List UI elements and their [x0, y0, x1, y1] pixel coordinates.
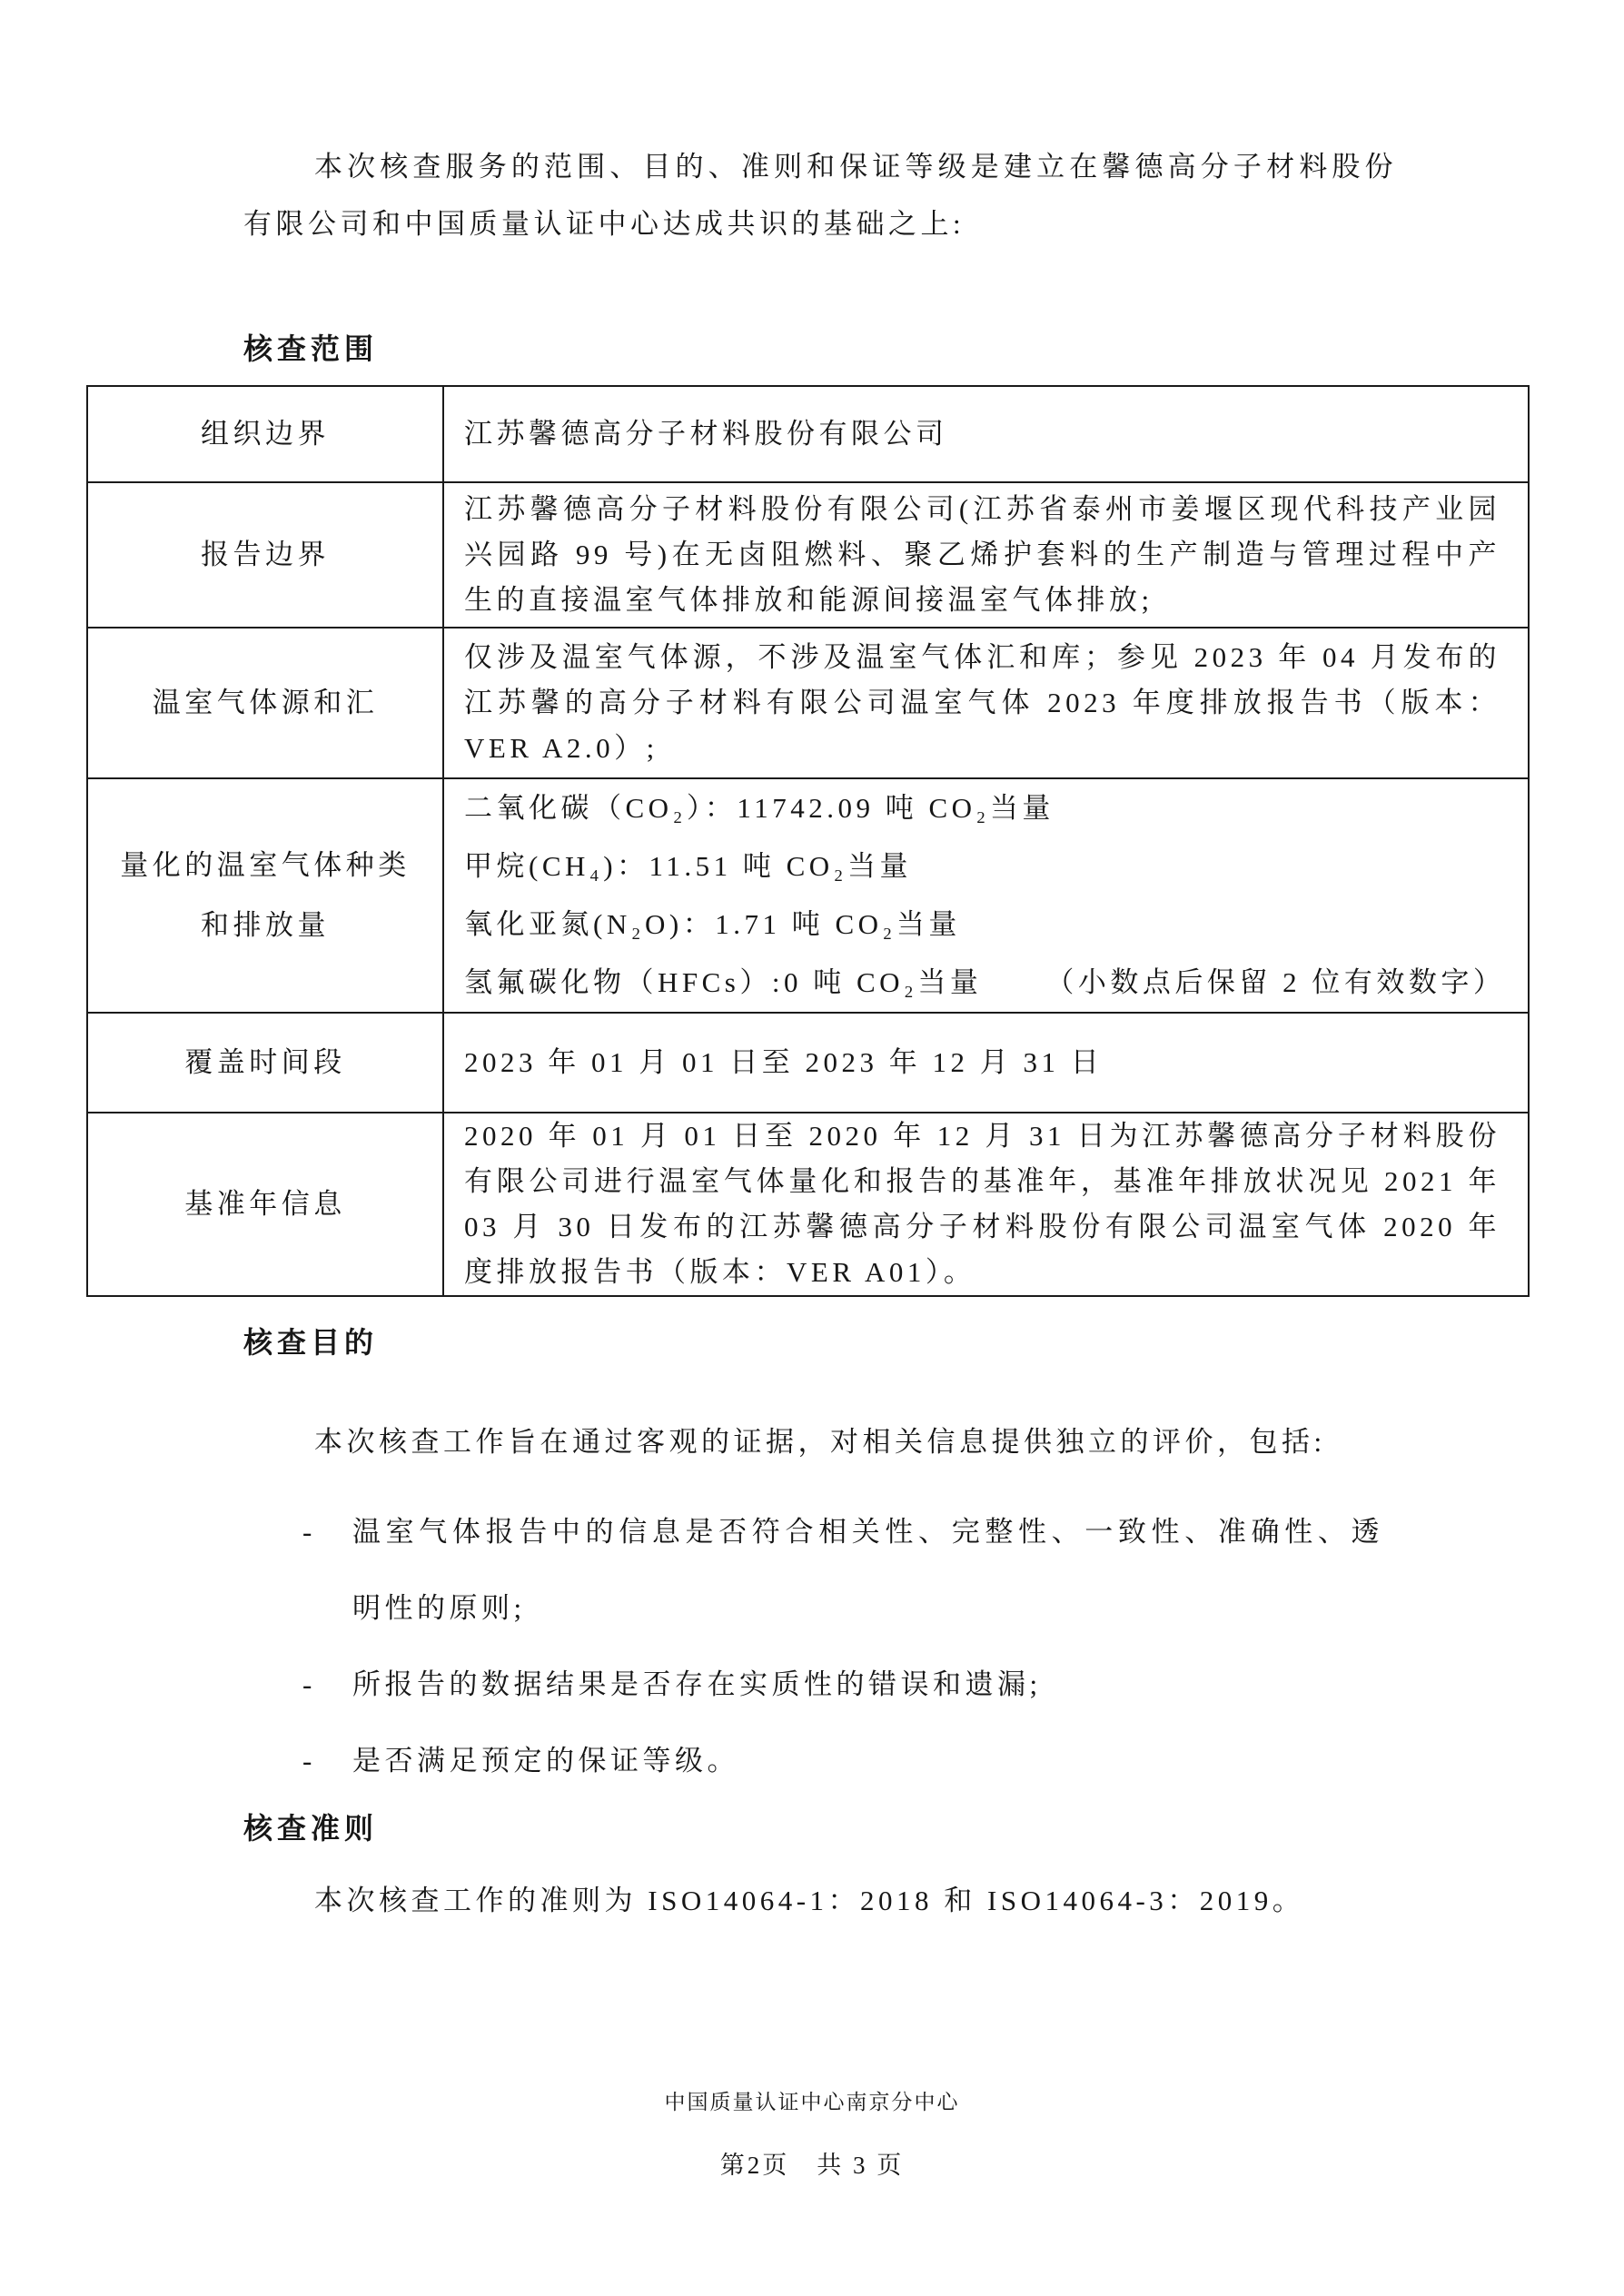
- bullet-dash: -: [302, 1494, 352, 1647]
- row-value: 2020 年 01 月 01 日至 2020 年 12 月 31 日为江苏馨德高…: [443, 1113, 1529, 1296]
- criteria-heading: 核查准则: [243, 1808, 1624, 1848]
- intro-paragraph: 本次核查服务的范围、目的、准则和保证等级是建立在馨德高分子材料股份有限公司和中国…: [243, 138, 1397, 252]
- purpose-bullet-item: - 所报告的数据结果是否存在实质性的错误和遗漏;: [302, 1647, 1624, 1723]
- row-value: 仅涉及温室气体源，不涉及温室气体汇和库；参见 2023 年 04 月发布的江苏馨…: [443, 628, 1529, 778]
- bullet-dash: -: [302, 1647, 352, 1723]
- row-label-line: 和排放量: [89, 896, 441, 955]
- footer-page-number: 第2页 共 3 页: [0, 2145, 1624, 2181]
- row-value: 江苏馨德高分子材料股份有限公司: [443, 386, 1529, 482]
- bullet-dash: -: [302, 1723, 352, 1799]
- scope-heading: 核查范围: [243, 329, 1624, 369]
- table-row-organization-boundary: 组织边界 江苏馨德高分子材料股份有限公司: [87, 386, 1529, 482]
- gas-line-co2: 二氧化碳（CO₂）：11742.09 吨 CO₂当量: [464, 779, 1500, 837]
- gas-line-hfcs-value: 氢氟碳化物（HFCs）:0 吨 CO₂当量: [464, 966, 982, 998]
- purpose-bullet-item: - 是否满足预定的保证等级。: [302, 1723, 1624, 1799]
- criteria-paragraph: 本次核查工作的准则为 ISO14064-1：2018 和 ISO14064-3：…: [243, 1872, 1397, 1929]
- document-page: 本次核查服务的范围、目的、准则和保证等级是建立在馨德高分子材料股份有限公司和中国…: [0, 0, 1624, 2296]
- row-value: 2023 年 01 月 01 日至 2023 年 12 月 31 日: [443, 1013, 1529, 1113]
- row-label: 报告边界: [87, 482, 443, 628]
- table-row-ghg-sources-sinks: 温室气体源和汇 仅涉及温室气体源，不涉及温室气体汇和库；参见 2023 年 04…: [87, 628, 1529, 778]
- gas-line-hfcs: 氢氟碳化物（HFCs）:0 吨 CO₂当量（小数点后保留 2 位有效数字）: [464, 954, 1500, 1012]
- row-value: 江苏馨德高分子材料股份有限公司(江苏省泰州市姜堰区现代科技产业园兴园路 99 号…: [443, 482, 1529, 628]
- purpose-bullet-item: - 温室气体报告中的信息是否符合相关性、完整性、一致性、准确性、透明性的原则;: [302, 1494, 1624, 1647]
- row-label: 量化的温室气体种类 和排放量: [87, 778, 443, 1013]
- footer-organization: 中国质量认证中心南京分中心: [0, 2085, 1624, 2115]
- row-value: 二氧化碳（CO₂）：11742.09 吨 CO₂当量 甲烷(CH₄)：11.51…: [443, 778, 1529, 1013]
- table-row-covered-period: 覆盖时间段 2023 年 01 月 01 日至 2023 年 12 月 31 日: [87, 1013, 1529, 1113]
- bullet-text: 温室气体报告中的信息是否符合相关性、完整性、一致性、准确性、透明性的原则;: [352, 1494, 1383, 1647]
- bullet-text: 是否满足预定的保证等级。: [352, 1723, 1383, 1799]
- purpose-intro-paragraph: 本次核查工作旨在通过客观的证据，对相关信息提供独立的评价，包括:: [243, 1413, 1397, 1470]
- bullet-text: 所报告的数据结果是否存在实质性的错误和遗漏;: [352, 1647, 1383, 1723]
- table-row-quantified-ghg: 量化的温室气体种类 和排放量 二氧化碳（CO₂）：11742.09 吨 CO₂当…: [87, 778, 1529, 1013]
- row-label: 覆盖时间段: [87, 1013, 443, 1113]
- row-label-line: 量化的温室气体种类: [89, 836, 441, 896]
- row-label: 组织边界: [87, 386, 443, 482]
- gas-line-n2o: 氧化亚氮(N₂O)：1.71 吨 CO₂当量: [464, 896, 1500, 954]
- table-row-report-boundary: 报告边界 江苏馨德高分子材料股份有限公司(江苏省泰州市姜堰区现代科技产业园兴园路…: [87, 482, 1529, 628]
- table-row-base-year-info: 基准年信息 2020 年 01 月 01 日至 2020 年 12 月 31 日…: [87, 1113, 1529, 1296]
- scope-table: 组织边界 江苏馨德高分子材料股份有限公司 报告边界 江苏馨德高分子材料股份有限公…: [86, 385, 1530, 1297]
- purpose-heading: 核查目的: [243, 1322, 1624, 1362]
- gas-line-ch4: 甲烷(CH₄)：11.51 吨 CO₂当量: [464, 837, 1500, 896]
- row-label: 基准年信息: [87, 1113, 443, 1296]
- gas-precision-note: （小数点后保留 2 位有效数字）: [1045, 966, 1505, 998]
- row-label: 温室气体源和汇: [87, 628, 443, 778]
